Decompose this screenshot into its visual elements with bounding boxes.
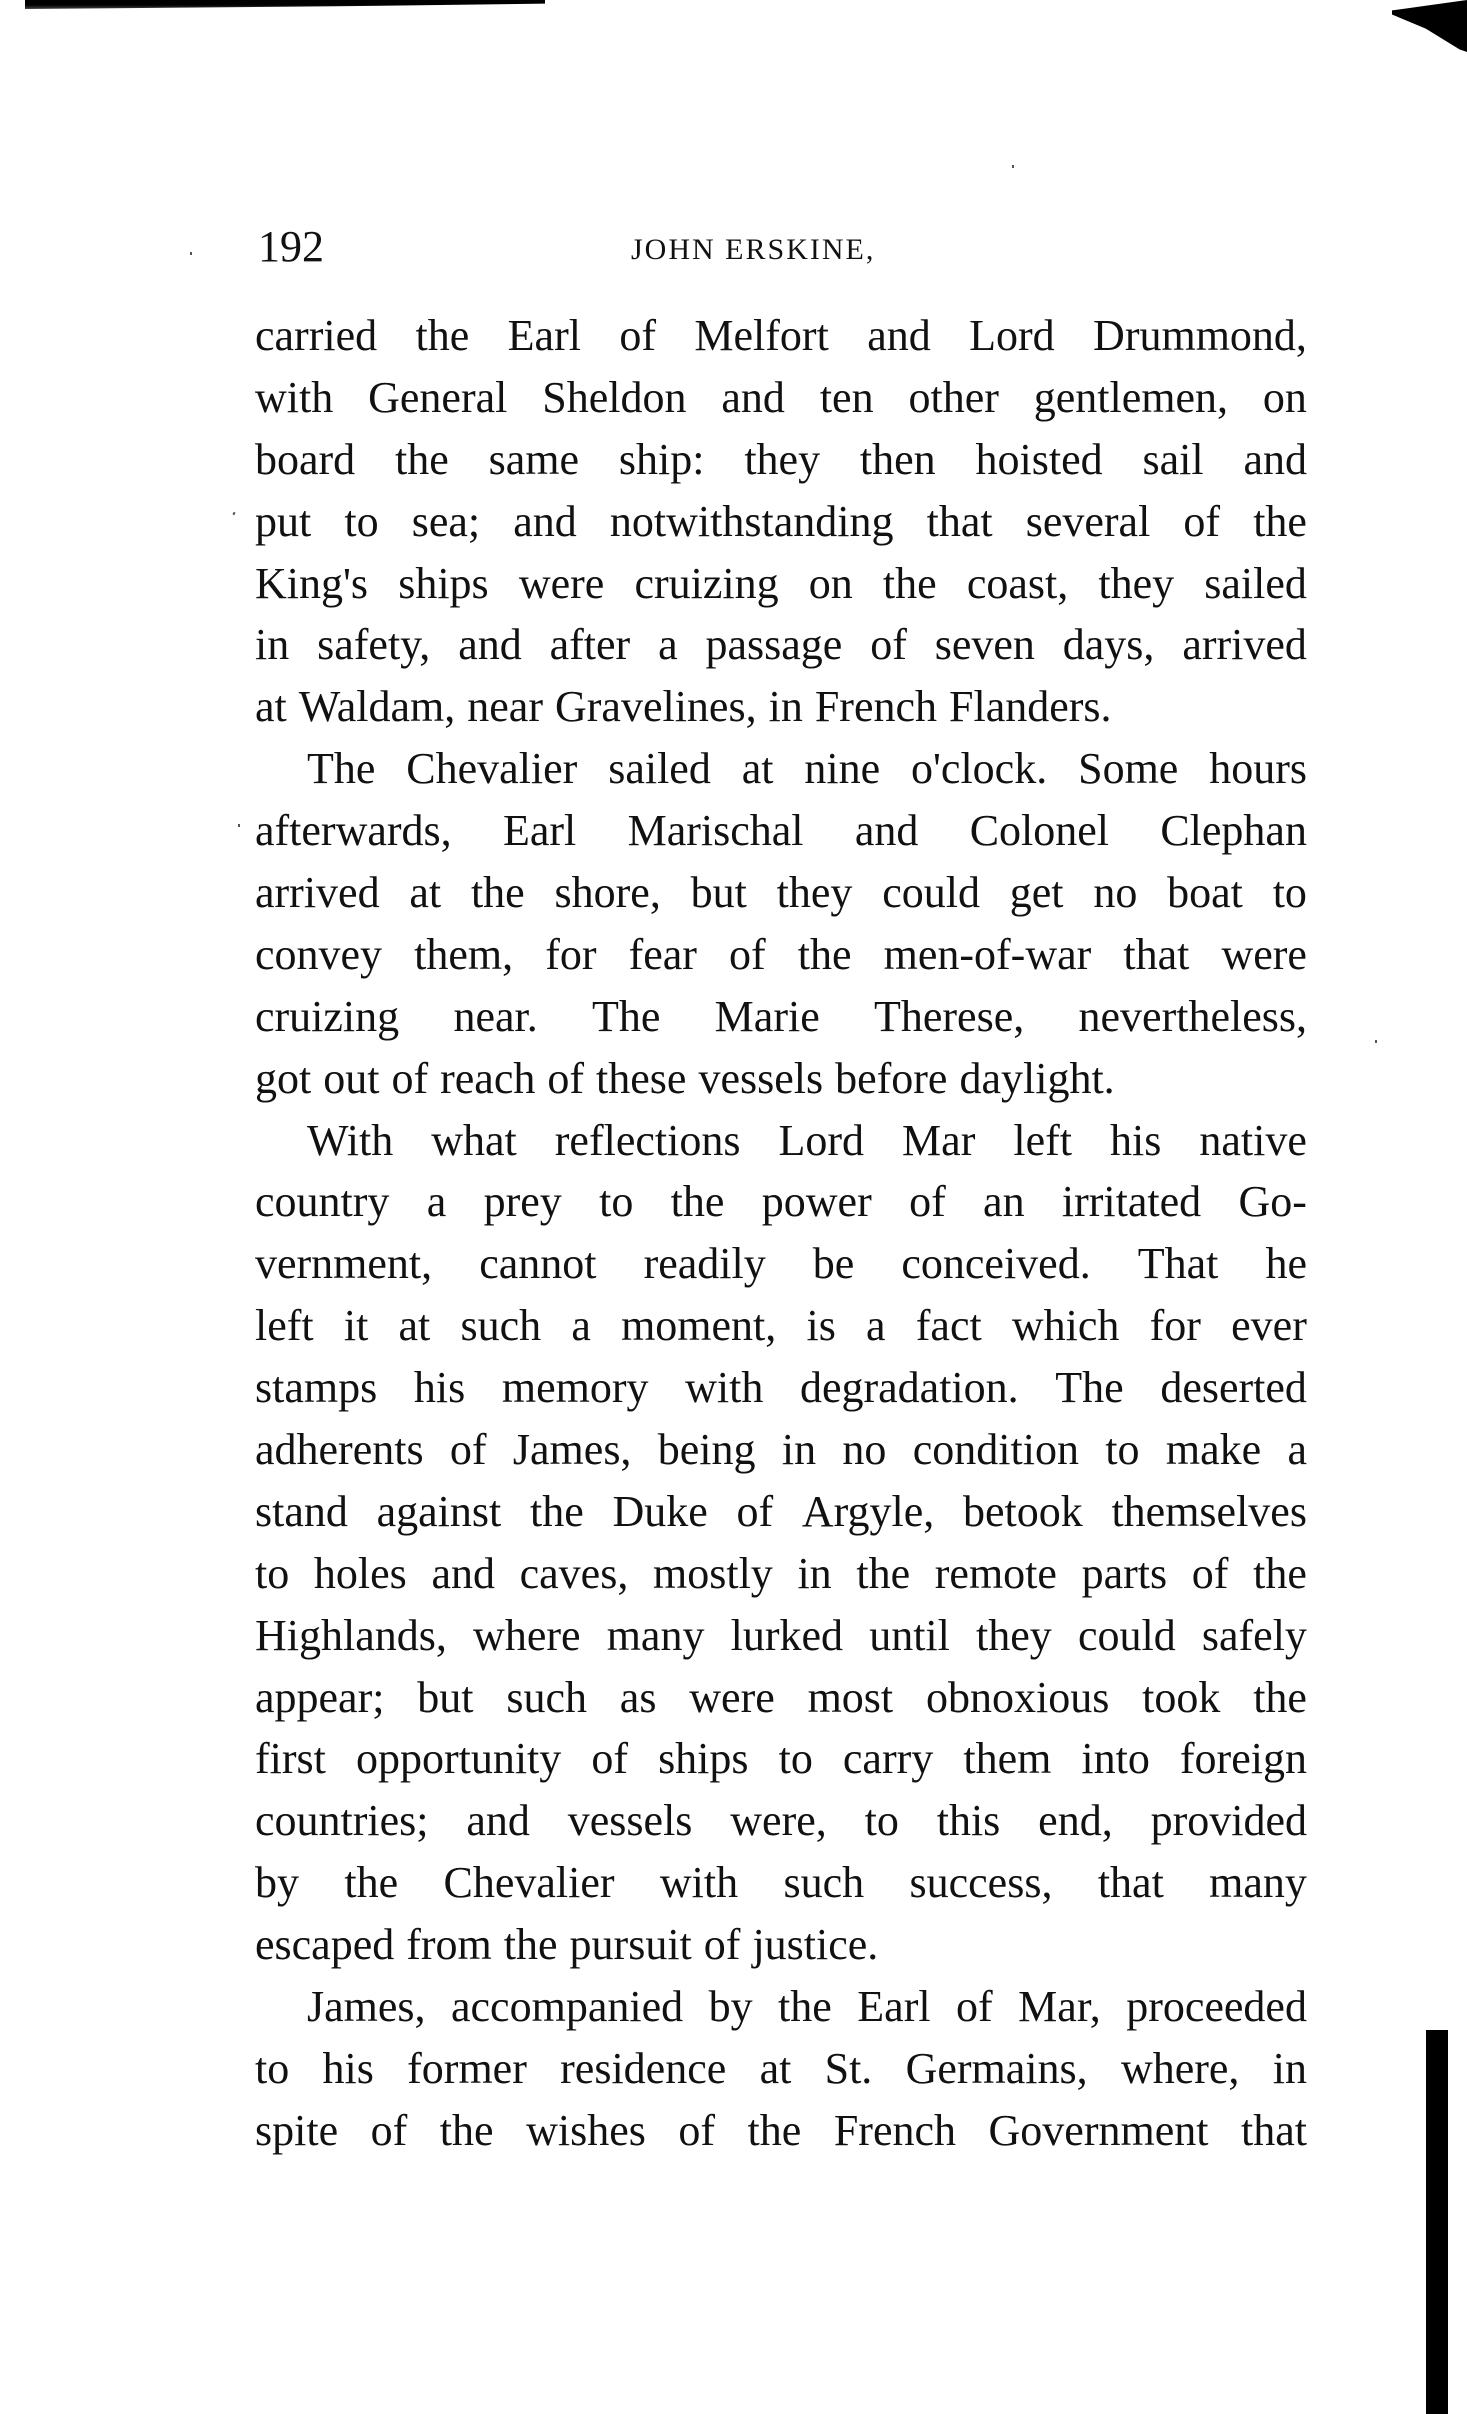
text-line: tohisformerresidenceatSt.Germains,where,… [255,2038,1307,2100]
text-line: appear;butsuchasweremostobnoxioustookthe [255,1667,1307,1729]
scan-speck [238,824,240,827]
text-line: standagainsttheDukeofArgyle,betookthemse… [255,1481,1307,1543]
text-line: insafety,andafterapassageofsevendays,arr… [255,614,1307,676]
text-line: spiteofthewishesoftheFrenchGovernmenttha… [255,2100,1307,2162]
text-line: countryapreytothepowerofanirritatedGo- [255,1171,1307,1233]
text-line: stampshismemorywithdegradation.Thedesert… [255,1357,1307,1419]
scan-speck [190,252,192,255]
text-line: King'sshipswerecruizingonthecoast,theysa… [255,553,1307,615]
text-line: vernment,cannotreadilybeconceived.Thathe [255,1233,1307,1295]
text-line: firstopportunityofshipstocarrythemintofo… [255,1728,1307,1790]
text-line: puttosea;andnotwithstandingthatseveralof… [255,491,1307,553]
scan-speck [232,512,235,516]
text-line: James,accompaniedbytheEarlofMar,proceede… [255,1976,1307,2038]
text-line: gotoutofreachofthesevesselsbeforedayligh… [255,1048,1307,1110]
text-line: escapedfromthepursuitofjustice. [255,1914,1307,1976]
page-number: 192 [258,222,324,272]
text-line: leftitatsuchamoment,isafactwhichforever [255,1295,1307,1357]
text-line: adherentsofJames,beinginnoconditiontomak… [255,1419,1307,1481]
running-head: 192 JOHN ERSKINE, [258,222,1308,272]
text-line: atWaldam,nearGravelines,inFrenchFlanders… [255,676,1307,738]
text-line: TheChevaliersailedatnineo'clock.Somehour… [255,738,1307,800]
text-line: WithwhatreflectionsLordMarlefthisnative [255,1110,1307,1172]
text-line: withGeneralSheldonandtenothergentlemen,o… [255,367,1307,429]
running-title: JOHN ERSKINE, [631,230,875,270]
scan-speck [1375,1040,1377,1043]
text-line: toholesandcaves,mostlyintheremotepartsof… [255,1543,1307,1605]
scan-speck [1012,165,1014,168]
text-line: boardthesameship:theythenhoistedsailand [255,429,1307,491]
scan-corner-shadow [1392,0,1467,52]
text-line: countries;andvesselswere,tothisend,provi… [255,1790,1307,1852]
text-line: afterwards,EarlMarischalandColonelClepha… [255,800,1307,862]
text-line: arrivedattheshore,buttheycouldgetnoboatt… [255,862,1307,924]
text-line: conveythem,forfearofthemen-of-warthatwer… [255,924,1307,986]
text-line: cruizingnear.TheMarieTherese,nevertheles… [255,986,1307,1048]
text-line: Highlands,wheremanylurkeduntiltheycoulds… [255,1605,1307,1667]
scan-edge-shadow-right [1426,2030,1448,2414]
body-text: carriedtheEarlofMelfortandLordDrummond,w… [255,305,1307,2162]
text-line: bytheChevalierwithsuchsuccess,thatmany [255,1852,1307,1914]
scan-edge-shadow-top [25,0,545,9]
text-line: carriedtheEarlofMelfortandLordDrummond, [255,305,1307,367]
